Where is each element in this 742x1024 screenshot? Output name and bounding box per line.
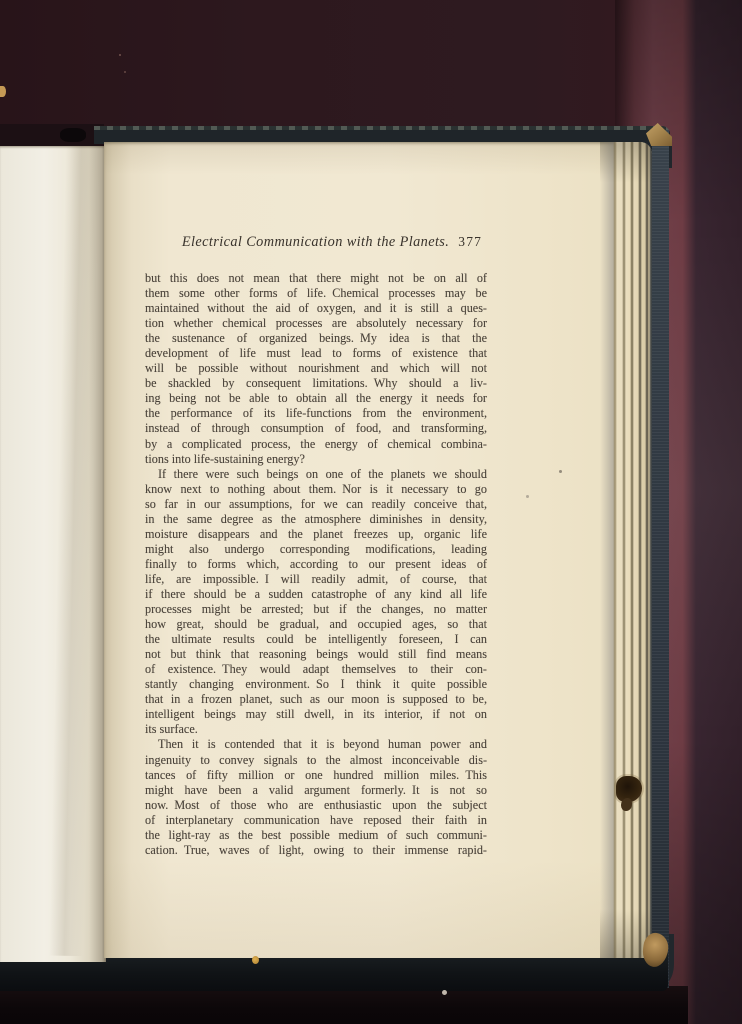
paragraph-3: Then it is contended that it is beyond h… xyxy=(145,737,487,857)
text-line: that in a frozen planet, such as our moo… xyxy=(145,692,487,707)
text-line: so far in our assumptions, for we can re… xyxy=(145,497,487,512)
page-edge-stack xyxy=(600,142,652,958)
ink-speck xyxy=(559,470,562,473)
text-line: the sustenance of organized beings. My i… xyxy=(145,331,487,346)
paragraph-2: If there were such beings on one of the … xyxy=(145,467,487,738)
text-line: finally to forms which, according to our… xyxy=(145,557,487,572)
text-line: will be possible without nourishment and… xyxy=(145,361,487,376)
text-line: its surface. xyxy=(145,722,487,737)
text-line: life, are impossible. I will readily adm… xyxy=(145,572,487,587)
text-line: tances of fifty million or one hundred m… xyxy=(145,768,487,783)
text-line: the performance of its life-functions fr… xyxy=(145,406,487,421)
text-line: how great, should be gradual, and occupi… xyxy=(145,617,487,632)
text-line: know next to nothing about them. Nor is … xyxy=(145,482,487,497)
gilt-speck xyxy=(252,956,259,964)
text-line: development of life must lead to forms o… xyxy=(145,346,487,361)
book-cover-fore-edge xyxy=(652,130,669,988)
text-line: of existence. They would adapt themselve… xyxy=(145,662,487,677)
text-line: if there should be a sudden catastrophe … xyxy=(145,587,487,602)
text-line: intelligent beings may still dwell, in i… xyxy=(145,707,487,722)
text-line: tion whether chemical processes are abso… xyxy=(145,316,487,331)
right-page: Electrical Communication with the Planet… xyxy=(104,142,652,958)
text-line: maintained without the aid of oxygen, an… xyxy=(145,301,487,316)
text-line: processes might be arrested; but if the … xyxy=(145,602,487,617)
body-text: but this does not mean that there might … xyxy=(145,271,487,858)
text-line: the light-ray as the best possible mediu… xyxy=(145,828,487,843)
text-line: not but think that reasoning beings woul… xyxy=(145,647,487,662)
text-line: ing being not be able to obtain all the … xyxy=(145,391,487,406)
left-page xyxy=(0,146,106,962)
text-line: of interplanetary communication have rep… xyxy=(145,813,487,828)
text-line: cation. True, waves of light, owing to t… xyxy=(145,843,487,858)
text-line: by a complicated process, the energy of … xyxy=(145,437,487,452)
background-shadow-bottom xyxy=(0,986,688,1024)
text-line: now. Most of those who are enthusiastic … xyxy=(145,798,487,813)
text-line: might also undergo corresponding modific… xyxy=(145,542,487,557)
page-header: Electrical Communication with the Planet… xyxy=(161,234,503,251)
text-line: tions into life-sustaining energy? xyxy=(145,452,487,467)
page-number: 377 xyxy=(458,234,482,250)
text-line: moisture disappears and the planet freez… xyxy=(145,527,487,542)
text-line: the ultimate results could be intelligen… xyxy=(145,632,487,647)
text-line: in the same degree as the atmosphere dim… xyxy=(145,512,487,527)
text-line: stantly changing environment. So I think… xyxy=(145,677,487,692)
text-line: instead of through consumption of food, … xyxy=(145,421,487,436)
book-scan-photo: Electrical Communication with the Planet… xyxy=(0,0,742,1024)
ink-speck xyxy=(526,495,529,498)
dust-speck xyxy=(0,86,6,97)
dust-speck xyxy=(124,71,126,73)
dust-speck xyxy=(119,54,121,56)
running-title: Electrical Communication with the Planet… xyxy=(182,234,449,251)
text-line: be shackled by consequent limitations. W… xyxy=(145,376,487,391)
text-line: but this does not mean that there might … xyxy=(145,271,487,286)
paragraph-1: but this does not mean that there might … xyxy=(145,271,487,467)
text-line: them some other forms of life. Chemical … xyxy=(145,286,487,301)
text-line: might have been a valid argument formerl… xyxy=(145,783,487,798)
dust-speck xyxy=(442,990,447,995)
text-line: ingenuity to convey signals to the almos… xyxy=(145,753,487,768)
cover-shadow-blob xyxy=(60,128,86,142)
text-line: If there were such beings on one of the … xyxy=(145,467,487,482)
text-line: Then it is contended that it is beyond h… xyxy=(145,737,487,752)
